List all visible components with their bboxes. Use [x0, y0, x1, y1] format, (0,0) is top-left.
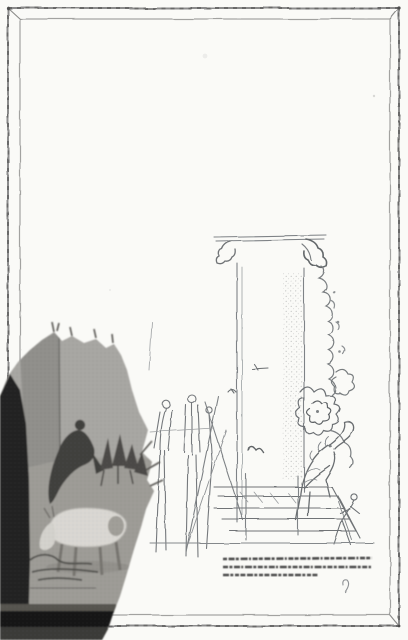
artwork-svg: [0, 0, 408, 640]
column-shading: [283, 272, 303, 480]
caption-line-1: [223, 558, 372, 559]
scanned-plate-image: [0, 0, 408, 640]
